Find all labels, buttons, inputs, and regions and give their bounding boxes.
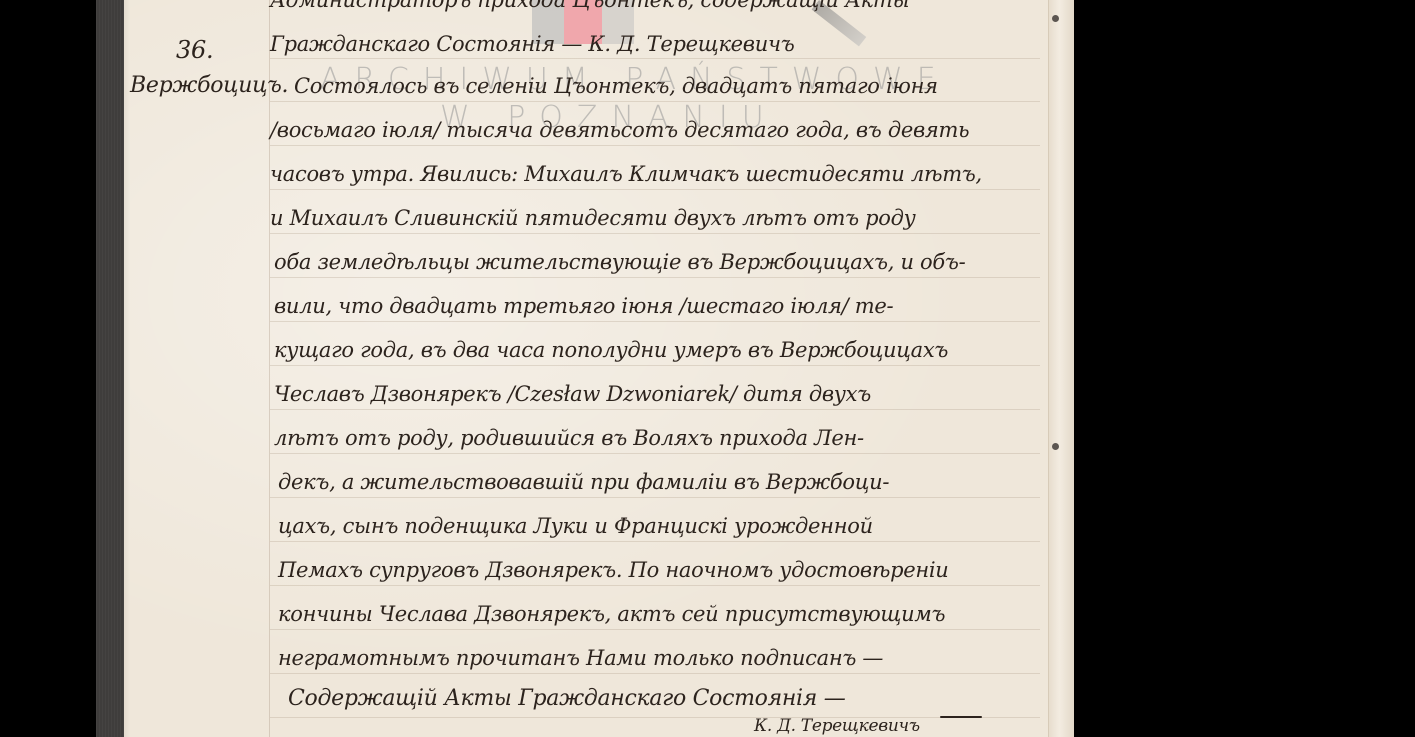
ruled-line: [270, 145, 1040, 146]
ruled-line: [270, 629, 1040, 630]
ruled-line: [270, 409, 1040, 410]
margin-note-place: Вержбоцицъ.: [130, 73, 288, 98]
page-edge: [1048, 0, 1074, 737]
document-viewer: ARCHIWUM PAŃSTWOWE W POZNANIU 36. Вержбо…: [0, 0, 1415, 737]
text-line: Администраторъ прихода Цъонтекъ, содержа…: [270, 0, 909, 12]
signature: К. Д. Терещкевичъ: [754, 716, 920, 736]
binding-pin: [1052, 15, 1059, 22]
binding-pin: [1052, 443, 1059, 450]
ruled-line: [270, 453, 1040, 454]
signature-title: Содержащій Акты Гражданскаго Состоянія —: [288, 686, 845, 711]
text-line: лѣтъ отъ роду, родившийся въ Воляхъ прих…: [274, 426, 864, 450]
ruled-line: [270, 497, 1040, 498]
ruled-line: [270, 277, 1040, 278]
text-line: /восьмаго іюля/ тысяча девятьсотъ десята…: [270, 118, 969, 142]
text-line: Гражданскаго Состоянія — К. Д. Терещкеви…: [270, 32, 794, 56]
ruled-line: [270, 717, 1040, 718]
book-binding: [96, 0, 124, 737]
ruled-line: [270, 189, 1040, 190]
signature-flourish: [940, 716, 982, 718]
ruled-line: [270, 321, 1040, 322]
text-line: кущаго года, въ два часа пополудни умеръ…: [274, 338, 948, 362]
text-line: Пемахъ супруговъ Дзвонярекъ. По наочномъ…: [278, 558, 949, 582]
ruled-line: [270, 233, 1040, 234]
document-page: ARCHIWUM PAŃSTWOWE W POZNANIU 36. Вержбо…: [124, 0, 1074, 737]
ruled-line: [270, 673, 1040, 674]
text-line: Состоялось въ селеніи Цъонтекъ, двадцатъ…: [294, 74, 938, 98]
text-line: декъ, а жительствовавшій при фамиліи въ …: [278, 470, 889, 494]
text-line: Чеславъ Дзвонярекъ /Czesław Dzwoniarek/ …: [274, 382, 871, 406]
ruled-line: [270, 541, 1040, 542]
text-line: часовъ утра. Явились: Михаилъ Климчакъ ш…: [270, 162, 982, 186]
text-line: кончины Чеслава Дзвонярекъ, актъ сей при…: [278, 602, 945, 626]
text-line: вили, что двадцать третьяго іюня /шестаг…: [274, 294, 893, 318]
ruled-line: [270, 585, 1040, 586]
ruled-line: [270, 365, 1040, 366]
margin-rule: [269, 0, 270, 737]
text-line: оба земледѣльцы жительствующіе въ Вержбо…: [274, 250, 965, 274]
text-line: и Михаилъ Сливинскій пятидесяти двухъ лѣ…: [270, 206, 916, 230]
text-line: цахъ, сынъ поденщика Луки и Францискі ур…: [278, 514, 873, 538]
ruled-line: [270, 58, 1040, 59]
entry-number: 36.: [176, 36, 213, 64]
text-line: неграмотнымъ прочитанъ Нами только подпи…: [278, 646, 883, 670]
